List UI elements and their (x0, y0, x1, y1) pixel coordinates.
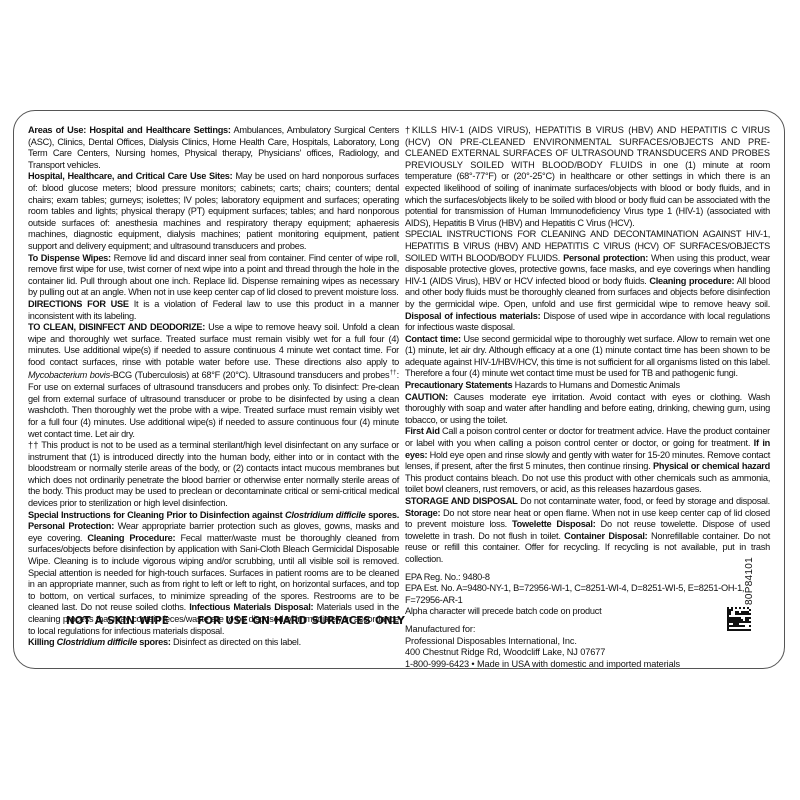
areas-of-use: Areas of Use: Hospital and Healthcare Se… (28, 125, 399, 171)
slogans: NOT A SKIN WIPE FOR USE ON HARD SURFACES… (66, 615, 429, 627)
storage-and-disposal: STORAGE AND DISPOSAL Do not contaminate … (405, 496, 770, 566)
hard-surfaces-slogan: FOR USE ON HARD SURFACES ONLY (197, 615, 404, 627)
lot-code: 80P84101 (744, 557, 755, 605)
epa-info: EPA Reg. No.: 9480-8 EPA Est. No. A=9480… (405, 572, 770, 618)
dispense-instructions: To Dispense Wipes: Remove lid and discar… (28, 253, 399, 299)
right-column: †KILLS HIV-1 (AIDS VIRUS), HEPATITIS B V… (405, 125, 770, 670)
company-address: 400 Chestnut Ridge Rd, Woodcliff Lake, N… (405, 647, 770, 659)
company-name: Professional Disposables International, … (405, 636, 770, 648)
epa-est-no: EPA Est. No. A=9480-NY-1, B=72956-WI-1, … (405, 583, 770, 606)
datamatrix-icon (727, 607, 751, 631)
precautionary-statements: Precautionary Statements Hazards to Huma… (405, 380, 770, 392)
killing-cdiff: Killing Clostridium difficile spores: Di… (28, 637, 399, 649)
directions-for-use: DIRECTIONS FOR USE It is a violation of … (28, 299, 399, 322)
sterilant-footnote: †† This product is not to be used as a t… (28, 440, 399, 510)
product-label-panel: Areas of Use: Hospital and Healthcare Se… (13, 110, 785, 669)
use-sites: Hospital, Healthcare, and Critical Care … (28, 171, 399, 252)
company-phone: 1-800-999-6423 • Made in USA with domest… (405, 659, 770, 671)
first-aid: First Aid Call a poison control center o… (405, 426, 770, 496)
manufacturer-info: Manufactured for: Professional Disposabl… (405, 624, 770, 670)
clean-disinfect-deodorize: TO CLEAN, DISINFECT AND DEODORIZE: Use a… (28, 322, 399, 440)
special-instructions-hiv: SPECIAL INSTRUCTIONS FOR CLEANING AND DE… (405, 229, 770, 333)
caution: CAUTION: Causes moderate eye irritation.… (405, 392, 770, 427)
contact-time: Contact time: Use second germicidal wipe… (405, 334, 770, 380)
alpha-note: Alpha character will precede batch code … (405, 606, 770, 618)
kills-statement: †KILLS HIV-1 (AIDS VIRUS), HEPATITIS B V… (405, 125, 770, 229)
left-column: Areas of Use: Hospital and Healthcare Se… (28, 125, 399, 649)
manufactured-for-label: Manufactured for: (405, 624, 770, 636)
epa-reg-no: EPA Reg. No.: 9480-8 (405, 572, 770, 584)
not-skin-wipe-slogan: NOT A SKIN WIPE (66, 615, 169, 627)
